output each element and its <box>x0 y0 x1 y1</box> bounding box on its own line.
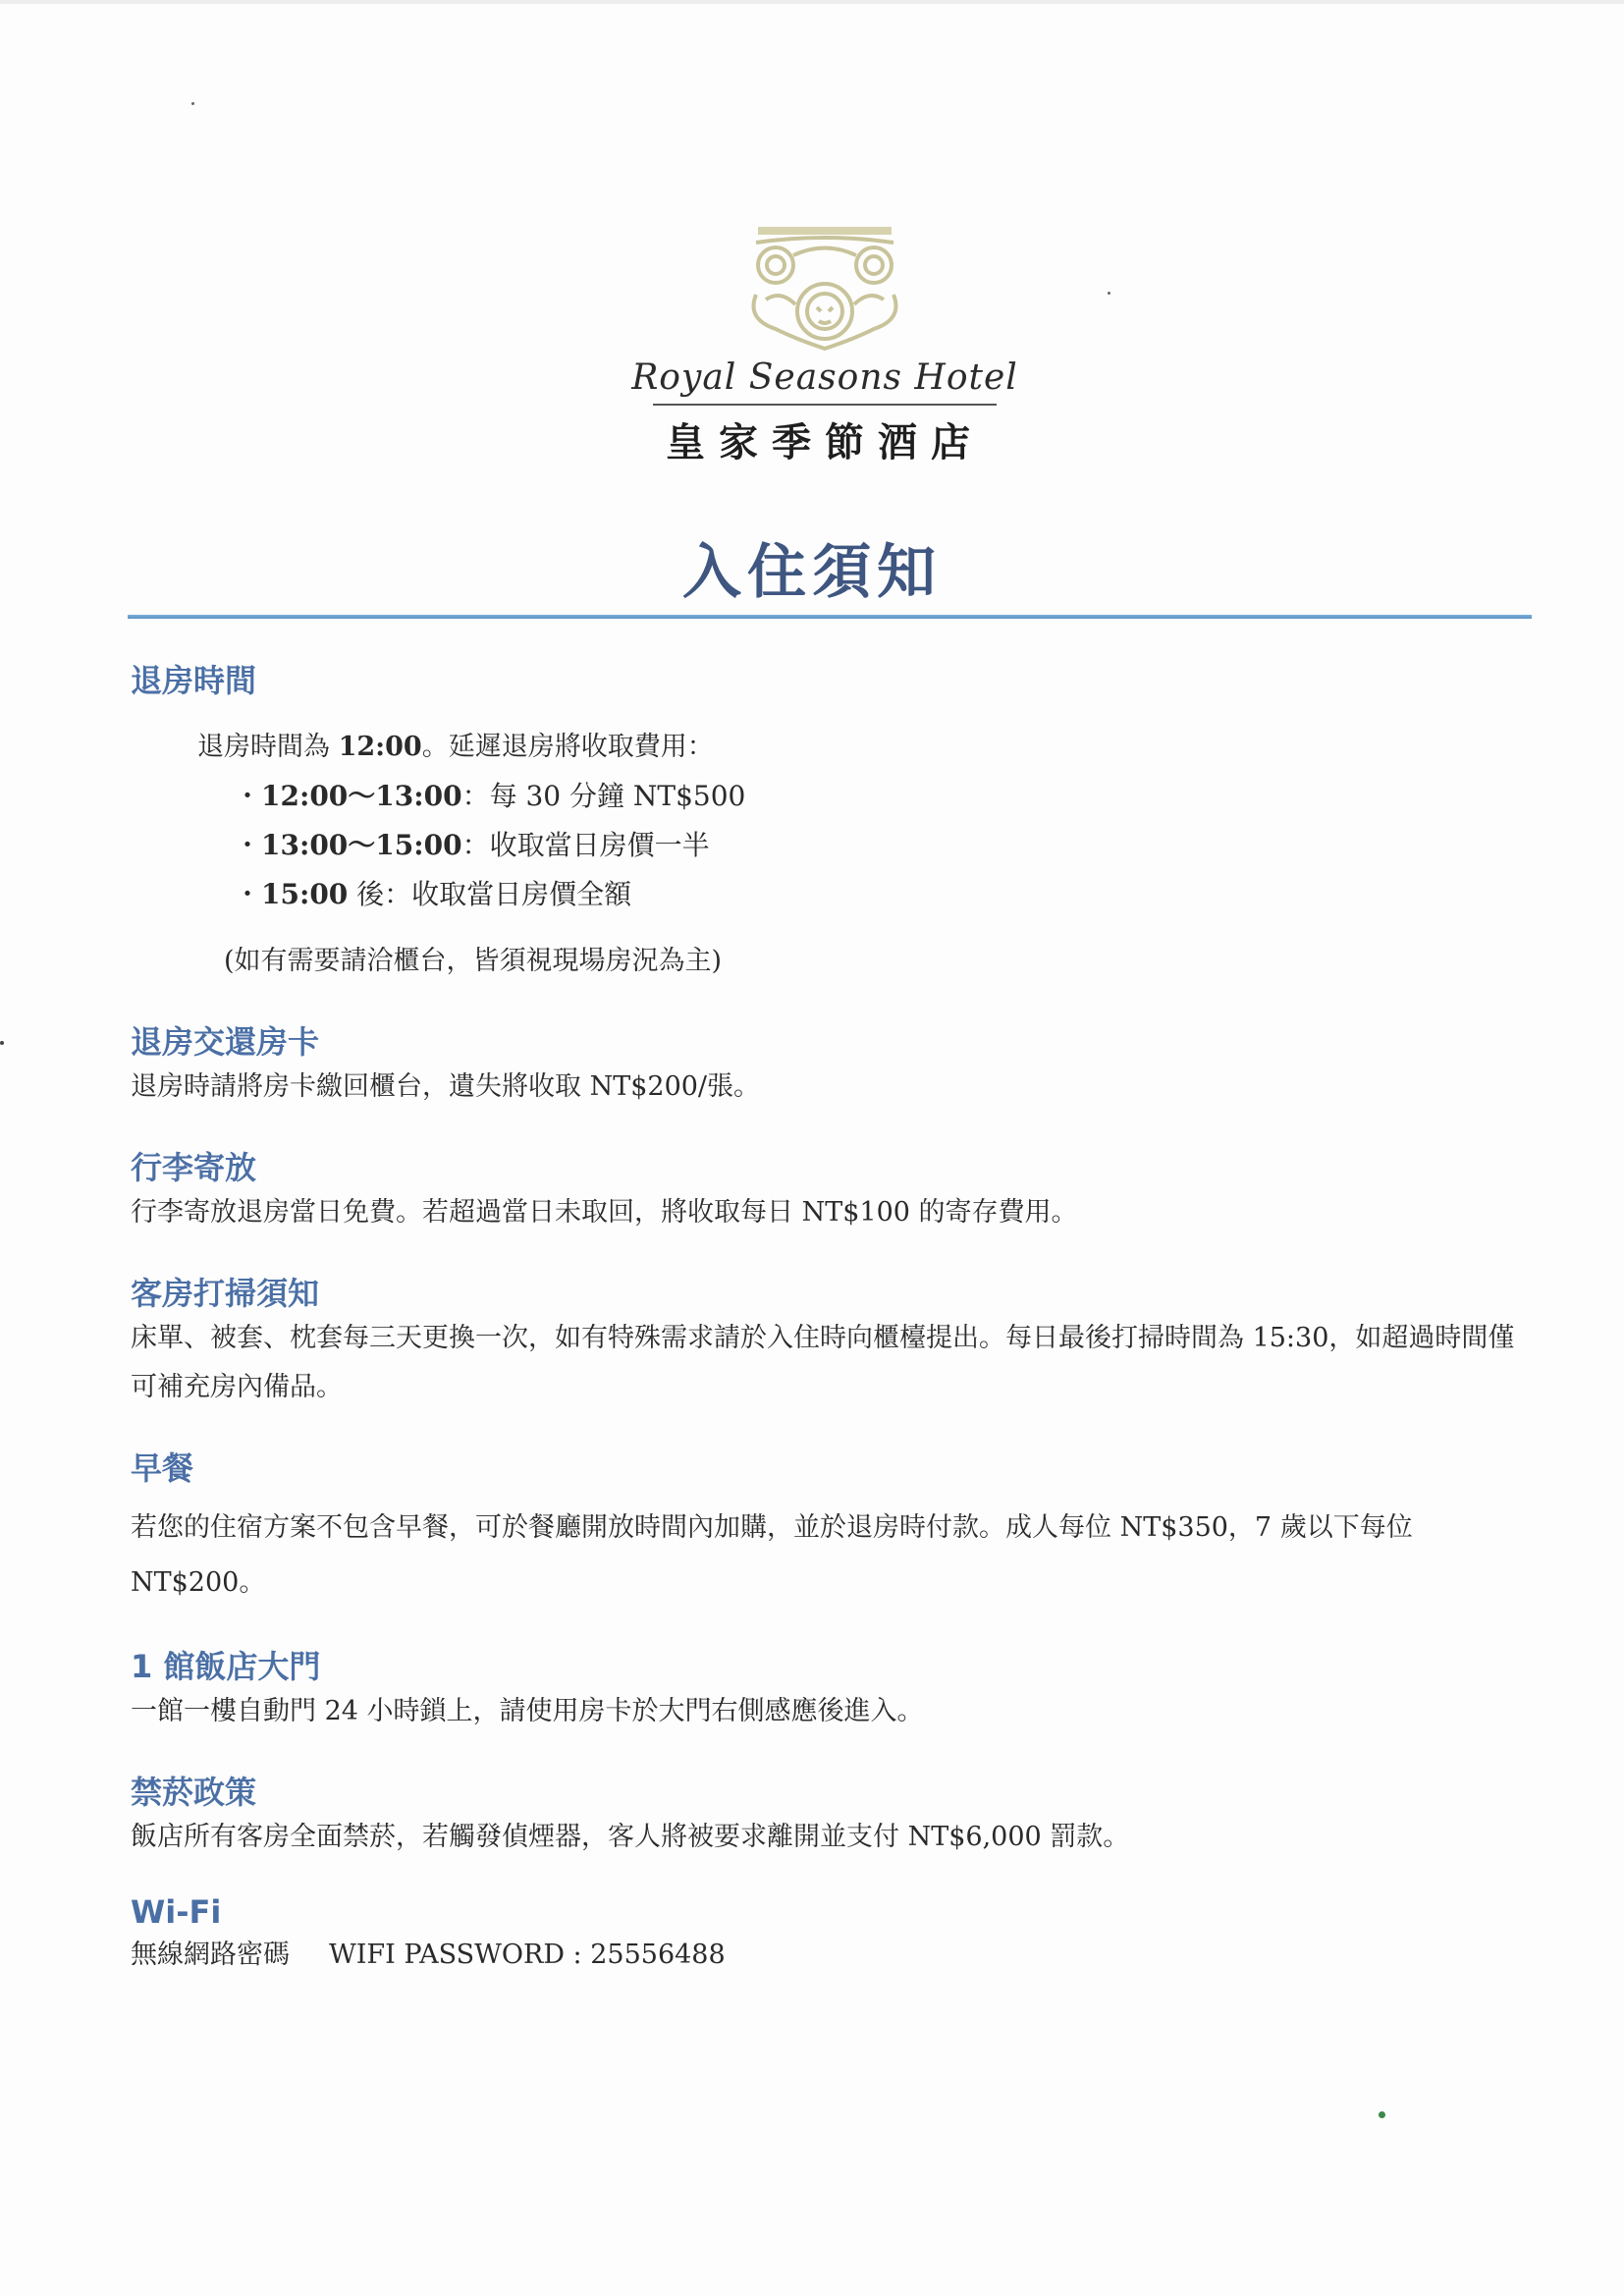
section-heading: 早餐 <box>131 1444 1535 1489</box>
late-fee-item: ・12:00～13:00：每 30 分鐘 NT$500 <box>131 772 1535 821</box>
crest-icon <box>727 221 923 354</box>
wifi-info: 無線網路密碼WIFI PASSWORD : 25556488 <box>131 1931 1535 1980</box>
intro-suffix: 。延遲退房將收取費用： <box>422 732 714 762</box>
late-fee-item: ・13:00～15:00：收取當日房價一半 <box>131 821 1535 870</box>
section-body: 一館一樓自動門 24 小時鎖上，請使用房卡於大門右側感應後進入。 <box>131 1687 1535 1736</box>
section-heading: 行李寄放 <box>131 1143 1535 1188</box>
hotel-name-english: Royal Seasons Hotel <box>628 357 1021 398</box>
section-housekeeping: 客房打掃須知 床單、被套、枕套每三天更換一次，如有特殊需求請於入住時向櫃檯提出。… <box>131 1269 1535 1412</box>
wifi-password: 25556488 <box>590 1940 725 1970</box>
notice-content: 退房時間 退房時間為 12:00。延遲退房將收取費用： ・12:00～13:00… <box>131 656 1535 1980</box>
late-fee-item: ・15:00 後：收取當日房價全額 <box>131 870 1535 919</box>
fee-time: 13:00～15:00 <box>261 829 462 861</box>
fee-time: 12:00～13:00 <box>261 780 462 812</box>
section-body: 若您的住宿方案不包含早餐，可於餐廳開放時間內加購，並於退房時付款。成人每位 NT… <box>131 1501 1535 1611</box>
section-main-entrance: 1 館飯店大門 一館一樓自動門 24 小時鎖上，請使用房卡於大門右側感應後進入。 <box>131 1642 1535 1736</box>
fee-text: 後：收取當日房價全額 <box>348 878 631 910</box>
fee-time: 15:00 <box>261 878 348 910</box>
scan-speck <box>191 102 194 105</box>
fee-text: ：收取當日房價一半 <box>462 829 710 861</box>
section-heading: 1 館飯店大門 <box>131 1642 1535 1687</box>
section-checkout-time: 退房時間 退房時間為 12:00。延遲退房將收取費用： ・12:00～13:00… <box>131 656 1535 986</box>
hotel-logo: Royal Seasons Hotel 皇家季節酒店 <box>628 221 1021 467</box>
section-heading: Wi-Fi <box>131 1893 1535 1931</box>
fee-text: ：每 30 分鐘 NT$500 <box>462 780 746 812</box>
intro-time: 12:00 <box>339 732 422 762</box>
checkout-intro: 退房時間為 12:00。延遲退房將收取費用： <box>131 723 1535 772</box>
section-breakfast: 早餐 若您的住宿方案不包含早餐，可於餐廳開放時間內加購，並於退房時付款。成人每位… <box>131 1444 1535 1611</box>
wifi-password-label: WIFI PASSWORD : <box>329 1940 590 1970</box>
section-luggage: 行李寄放 行李寄放退房當日免費。若超過當日未取回，將收取每日 NT$100 的寄… <box>131 1143 1535 1237</box>
scan-speck <box>1108 292 1110 295</box>
section-body: 飯店所有客房全面禁菸，若觸發偵煙器，客人將被要求離開並支付 NT$6,000 罰… <box>131 1813 1535 1862</box>
page-title: 入住須知 <box>0 525 1624 610</box>
section-wifi: Wi-Fi 無線網路密碼WIFI PASSWORD : 25556488 <box>131 1893 1535 1980</box>
hotel-name-chinese: 皇家季節酒店 <box>628 411 1021 467</box>
section-heading: 退房時間 <box>131 656 1535 701</box>
intro-prefix: 退房時間為 <box>197 732 339 762</box>
section-room-card: 退房交還房卡 退房時請將房卡繳回櫃台，遺失將收取 NT$200/張。 <box>131 1017 1535 1112</box>
wifi-label: 無線網路密碼 <box>131 1940 290 1970</box>
title-divider <box>128 615 1532 619</box>
logo-divider <box>653 404 997 406</box>
scan-edge <box>0 0 1624 4</box>
scan-speck <box>1379 2111 1385 2118</box>
section-no-smoking: 禁菸政策 飯店所有客房全面禁菸，若觸發偵煙器，客人將被要求離開並支付 NT$6,… <box>131 1768 1535 1862</box>
section-heading: 禁菸政策 <box>131 1768 1535 1813</box>
section-heading: 退房交還房卡 <box>131 1017 1535 1063</box>
checkout-note: (如有需要請洽櫃台，皆須視現場房況為主) <box>131 937 1535 986</box>
scan-speck <box>0 1041 4 1045</box>
section-body: 退房時請將房卡繳回櫃台，遺失將收取 NT$200/張。 <box>131 1063 1535 1112</box>
section-heading: 客房打掃須知 <box>131 1269 1535 1314</box>
section-body: 床單、被套、枕套每三天更換一次，如有特殊需求請於入住時向櫃檯提出。每日最後打掃時… <box>131 1314 1535 1412</box>
section-body: 行李寄放退房當日免費。若超過當日未取回，將收取每日 NT$100 的寄存費用。 <box>131 1188 1535 1237</box>
